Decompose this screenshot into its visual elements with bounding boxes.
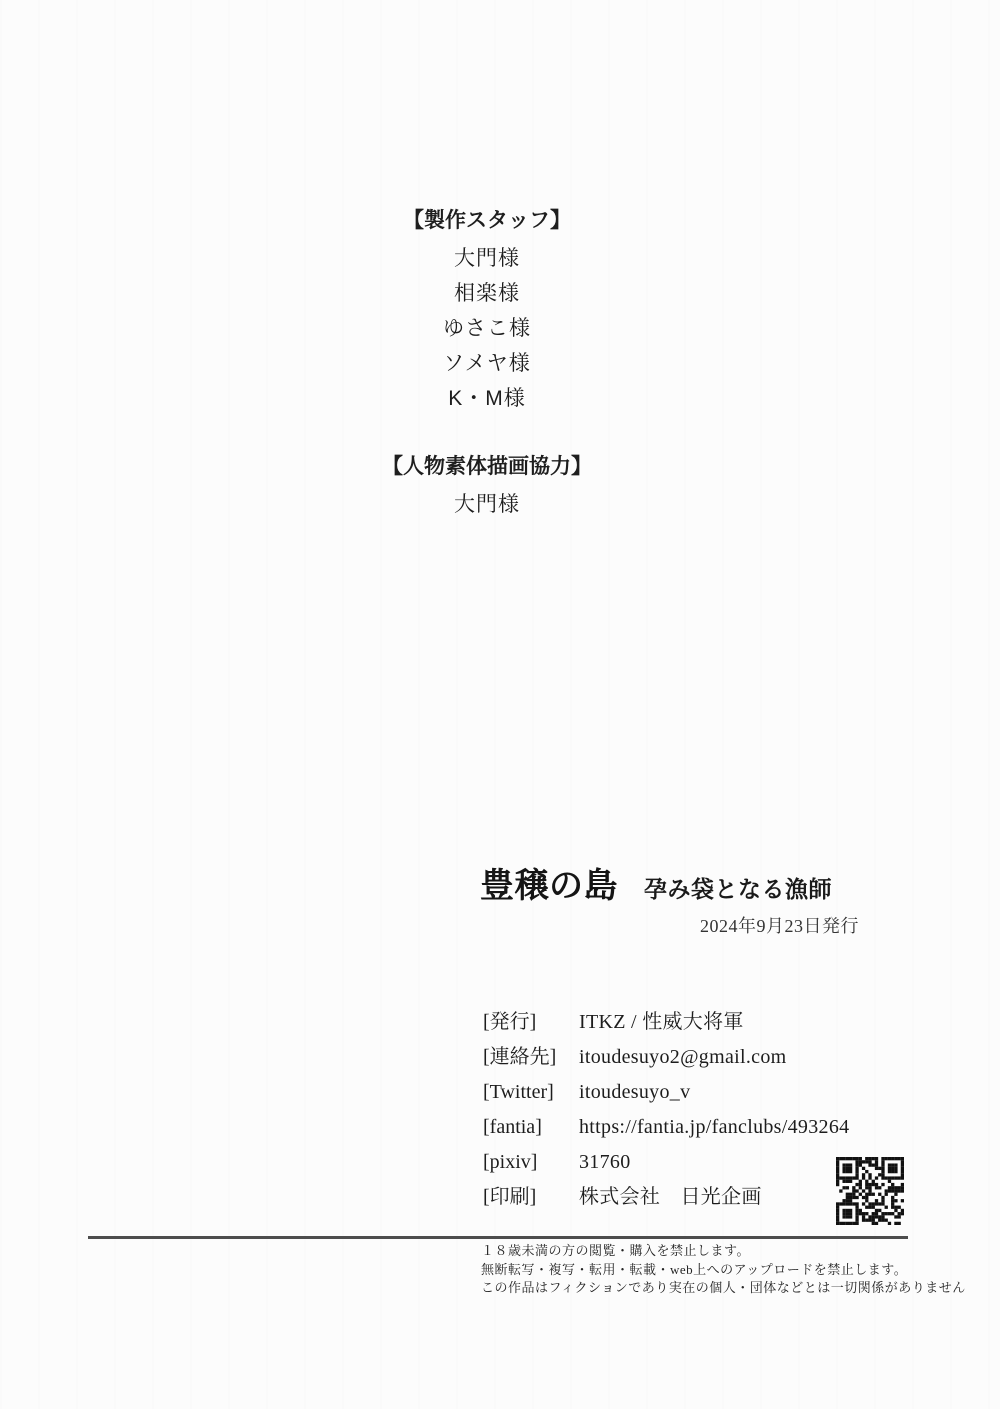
doujin-subtitle: 孕み袋となる漁師 [644, 871, 832, 904]
colophon-credits: [発行] ITKZ / 性威大将軍 [連絡先] itoudesuyo2@gmai… [483, 1005, 849, 1215]
credit-row-twitter: [Twitter] itoudesuyo_v [483, 1075, 849, 1110]
staff-name: 大門様 [0, 241, 974, 276]
credits-page: 【製作スタッフ】 大門様 相楽様 ゆさこ様 ソメヤ様 K・M様 【人物素体描画協… [0, 0, 1000, 1409]
credit-row-pixiv: [pixiv] 31760 [483, 1145, 849, 1180]
figure-drawing-assist-section: 【人物素体描画協力】 大門様 [0, 452, 974, 522]
title-row: 豊穣の島 孕み袋となる漁師 [480, 858, 832, 907]
notice-line: この作品はフィクションであり実在の個人・団体などとは一切関係がありません [481, 1279, 966, 1298]
credit-label: [発行] [483, 1005, 579, 1040]
credit-row-publisher: [発行] ITKZ / 性威大将軍 [483, 1005, 849, 1040]
credit-value: ITKZ / 性威大将軍 [579, 1005, 744, 1040]
credit-label: [印刷] [483, 1180, 579, 1215]
production-staff-heading: 【製作スタッフ】 [0, 206, 974, 236]
divider-line [88, 1236, 908, 1239]
staff-name: K・M様 [0, 381, 974, 416]
doujin-title: 豊穣の島 [480, 858, 618, 907]
credit-label: [連絡先] [483, 1040, 579, 1075]
notice-line: １８歳未満の方の閲覧・購入を禁止します。 [481, 1242, 966, 1261]
credit-value: itoudesuyo_v [579, 1075, 690, 1110]
figure-drawing-assist-heading: 【人物素体描画協力】 [0, 452, 974, 482]
staff-name: ソメヤ様 [0, 346, 974, 381]
credit-label: [Twitter] [483, 1075, 579, 1110]
publication-date: 2024年9月23日発行 [700, 912, 859, 938]
assist-name: 大門様 [0, 487, 974, 522]
legal-notices: １８歳未満の方の閲覧・購入を禁止します。 無断転写・複写・転用・転載・web上へ… [481, 1242, 966, 1298]
credit-row-fantia: [fantia] https://fantia.jp/fanclubs/4932… [483, 1110, 849, 1145]
credit-value: itoudesuyo2@gmail.com [579, 1040, 786, 1075]
staff-name: ゆさこ様 [0, 311, 974, 346]
credit-row-printer: [印刷] 株式会社 日光企画 [483, 1180, 849, 1215]
credit-label: [pixiv] [483, 1145, 579, 1180]
notice-line: 無断転写・複写・転用・転載・web上へのアップロードを禁止します。 [481, 1261, 966, 1280]
credit-row-contact: [連絡先] itoudesuyo2@gmail.com [483, 1040, 849, 1075]
credit-value: https://fantia.jp/fanclubs/493264 [579, 1110, 849, 1145]
credit-value: 株式会社 日光企画 [579, 1180, 762, 1215]
qr-code [836, 1157, 904, 1225]
staff-name: 相楽様 [0, 276, 974, 311]
credit-value: 31760 [579, 1145, 631, 1180]
credit-label: [fantia] [483, 1110, 579, 1145]
production-staff-section: 【製作スタッフ】 大門様 相楽様 ゆさこ様 ソメヤ様 K・M様 [0, 206, 974, 416]
